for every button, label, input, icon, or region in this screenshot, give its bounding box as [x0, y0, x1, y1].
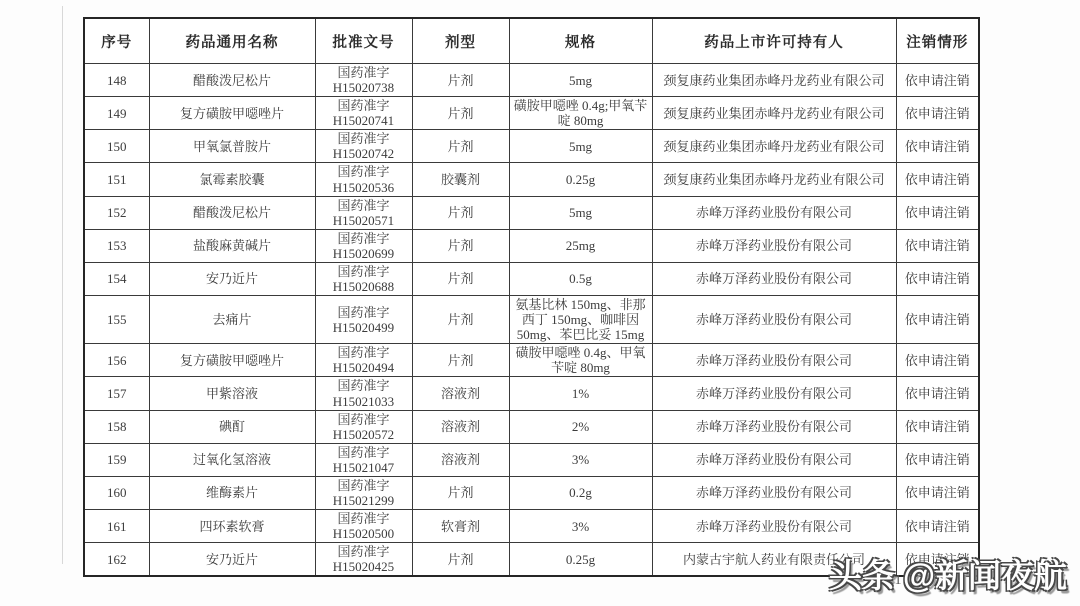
cell-holder: 颈复康药业集团赤峰丹龙药业有限公司: [652, 130, 896, 163]
table-row: 150甲氧氯普胺片国药准字H15020742片剂5mg颈复康药业集团赤峰丹龙药业…: [84, 130, 979, 163]
cell-approval-number: 国药准字H15021299: [315, 476, 412, 509]
cell-dosage-form: 片剂: [412, 196, 509, 229]
cell-approval-number: 国药准字H15021047: [315, 443, 412, 476]
drug-cancellation-table: 序号 药品通用名称 批准文号 剂型 规格 药品上市许可持有人 注销情形 148醋…: [83, 17, 980, 577]
watermark-handle: @新闻夜航: [903, 557, 1067, 594]
cell-serial-number: 161: [84, 510, 149, 543]
cell-holder: 颈复康药业集团赤峰丹龙药业有限公司: [652, 64, 896, 97]
cell-drug-name: 去痛片: [149, 296, 315, 344]
cell-holder: 赤峰万泽药业股份有限公司: [652, 510, 896, 543]
cell-spec: 5mg: [509, 64, 652, 97]
cell-spec: 磺胺甲噁唑 0.4g;甲氧苄啶 80mg: [509, 97, 652, 130]
cell-drug-name: 安乃近片: [149, 262, 315, 295]
table-row: 159过氧化氢溶液国药准字H15021047溶液剂3%赤峰万泽药业股份有限公司依…: [84, 443, 979, 476]
approval-prefix: 国药准字: [319, 345, 409, 360]
approval-prefix: 国药准字: [319, 511, 409, 526]
cell-status: 依申请注销: [896, 64, 979, 97]
cell-approval-number: 国药准字H15020699: [315, 229, 412, 262]
cell-spec: 3%: [509, 510, 652, 543]
approval-prefix: 国药准字: [319, 65, 409, 80]
cell-dosage-form: 溶液剂: [412, 410, 509, 443]
cell-approval-number: 国药准字H15020536: [315, 163, 412, 196]
cell-drug-name: 盐酸麻黄碱片: [149, 229, 315, 262]
column-header-name: 药品通用名称: [149, 18, 315, 64]
approval-code: H15020500: [319, 526, 409, 541]
cell-dosage-form: 片剂: [412, 543, 509, 577]
cell-dosage-form: 片剂: [412, 130, 509, 163]
table-row: 151氯霉素胶囊国药准字H15020536胶囊剂0.25g颈复康药业集团赤峰丹龙…: [84, 163, 979, 196]
cell-serial-number: 157: [84, 377, 149, 410]
approval-prefix: 国药准字: [319, 544, 409, 559]
table-row: 152醋酸泼尼松片国药准字H15020571片剂5mg赤峰万泽药业股份有限公司依…: [84, 196, 979, 229]
cell-dosage-form: 软膏剂: [412, 510, 509, 543]
cell-approval-number: 国药准字H15020494: [315, 344, 412, 377]
cell-approval-number: 国药准字H15020571: [315, 196, 412, 229]
cell-holder: 赤峰万泽药业股份有限公司: [652, 196, 896, 229]
cell-dosage-form: 片剂: [412, 476, 509, 509]
cell-spec: 0.2g: [509, 476, 652, 509]
cell-serial-number: 152: [84, 196, 149, 229]
cell-dosage-form: 片剂: [412, 229, 509, 262]
cell-spec: 3%: [509, 443, 652, 476]
cell-holder: 赤峰万泽药业股份有限公司: [652, 377, 896, 410]
cell-dosage-form: 片剂: [412, 262, 509, 295]
cell-approval-number: 国药准字H15020500: [315, 510, 412, 543]
cell-spec: 0.25g: [509, 543, 652, 577]
column-header-holder: 药品上市许可持有人: [652, 18, 896, 64]
approval-prefix: 国药准字: [319, 378, 409, 393]
approval-prefix: 国药准字: [319, 98, 409, 113]
cell-drug-name: 醋酸泼尼松片: [149, 196, 315, 229]
cell-spec: 氨基比林 150mg、非那西丁 150mg、咖啡因 50mg、苯巴比妥 15mg: [509, 296, 652, 344]
approval-code: H15020738: [319, 80, 409, 95]
cell-holder: 颈复康药业集团赤峰丹龙药业有限公司: [652, 163, 896, 196]
cell-dosage-form: 片剂: [412, 97, 509, 130]
cell-status: 依申请注销: [896, 163, 979, 196]
cell-serial-number: 150: [84, 130, 149, 163]
approval-code: H15020699: [319, 246, 409, 261]
cell-serial-number: 159: [84, 443, 149, 476]
cell-holder: 赤峰万泽药业股份有限公司: [652, 476, 896, 509]
approval-code: H15020742: [319, 146, 409, 161]
table-row: 157甲紫溶液国药准字H15021033溶液剂1%赤峰万泽药业股份有限公司依申请…: [84, 377, 979, 410]
table-row: 148醋酸泼尼松片国药准字H15020738片剂5mg颈复康药业集团赤峰丹龙药业…: [84, 64, 979, 97]
cell-serial-number: 158: [84, 410, 149, 443]
column-header-form: 剂型: [412, 18, 509, 64]
approval-code: H15020741: [319, 113, 409, 128]
cell-holder: 赤峰万泽药业股份有限公司: [652, 344, 896, 377]
cell-status: 依申请注销: [896, 296, 979, 344]
cell-drug-name: 碘酊: [149, 410, 315, 443]
table-row: 160维酶素片国药准字H15021299片剂0.2g赤峰万泽药业股份有限公司依申…: [84, 476, 979, 509]
scan-artifact-line: [62, 6, 63, 564]
cell-spec: 25mg: [509, 229, 652, 262]
cell-status: 依申请注销: [896, 97, 979, 130]
approval-code: H15020688: [319, 279, 409, 294]
approval-prefix: 国药准字: [319, 412, 409, 427]
cell-serial-number: 149: [84, 97, 149, 130]
approval-prefix: 国药准字: [319, 445, 409, 460]
cell-serial-number: 148: [84, 64, 149, 97]
cell-approval-number: 国药准字H15020425: [315, 543, 412, 577]
cell-spec: 2%: [509, 410, 652, 443]
approval-code: H15020572: [319, 427, 409, 442]
cell-drug-name: 醋酸泼尼松片: [149, 64, 315, 97]
cell-serial-number: 160: [84, 476, 149, 509]
watermark-brand: 头条: [829, 557, 895, 594]
cell-status: 依申请注销: [896, 196, 979, 229]
cell-drug-name: 甲氧氯普胺片: [149, 130, 315, 163]
cell-status: 依申请注销: [896, 377, 979, 410]
cell-spec: 0.25g: [509, 163, 652, 196]
table-header-row: 序号 药品通用名称 批准文号 剂型 规格 药品上市许可持有人 注销情形: [84, 18, 979, 64]
approval-prefix: 国药准字: [319, 231, 409, 246]
cell-holder: 赤峰万泽药业股份有限公司: [652, 443, 896, 476]
cell-spec: 5mg: [509, 130, 652, 163]
cell-status: 依申请注销: [896, 510, 979, 543]
cell-spec: 0.5g: [509, 262, 652, 295]
cell-serial-number: 162: [84, 543, 149, 577]
cell-holder: 赤峰万泽药业股份有限公司: [652, 410, 896, 443]
cell-drug-name: 四环素软膏: [149, 510, 315, 543]
cell-holder: 赤峰万泽药业股份有限公司: [652, 296, 896, 344]
table-row: 155去痛片国药准字H15020499片剂氨基比林 150mg、非那西丁 150…: [84, 296, 979, 344]
cell-dosage-form: 溶液剂: [412, 377, 509, 410]
approval-code: H15021047: [319, 460, 409, 475]
cell-status: 依申请注销: [896, 262, 979, 295]
cell-status: 依申请注销: [896, 476, 979, 509]
cell-drug-name: 复方磺胺甲噁唑片: [149, 97, 315, 130]
cell-approval-number: 国药准字H15021033: [315, 377, 412, 410]
approval-code: H15021299: [319, 493, 409, 508]
table-row: 149复方磺胺甲噁唑片国药准字H15020741片剂磺胺甲噁唑 0.4g;甲氧苄…: [84, 97, 979, 130]
cell-spec: 磺胺甲噁唑 0.4g、甲氧苄啶 80mg: [509, 344, 652, 377]
cell-approval-number: 国药准字H15020499: [315, 296, 412, 344]
cell-spec: 1%: [509, 377, 652, 410]
cell-status: 依申请注销: [896, 344, 979, 377]
cell-drug-name: 维酶素片: [149, 476, 315, 509]
cell-status: 依申请注销: [896, 443, 979, 476]
approval-code: H15020494: [319, 360, 409, 375]
cell-approval-number: 国药准字H15020572: [315, 410, 412, 443]
cell-dosage-form: 溶液剂: [412, 443, 509, 476]
cell-dosage-form: 片剂: [412, 344, 509, 377]
approval-prefix: 国药准字: [319, 164, 409, 179]
approval-code: H15020425: [319, 559, 409, 574]
cell-dosage-form: 胶囊剂: [412, 163, 509, 196]
approval-code: H15020571: [319, 213, 409, 228]
approval-prefix: 国药准字: [319, 478, 409, 493]
cell-drug-name: 安乃近片: [149, 543, 315, 577]
table-row: 158碘酊国药准字H15020572溶液剂2%赤峰万泽药业股份有限公司依申请注销: [84, 410, 979, 443]
table-row: 161四环素软膏国药准字H15020500软膏剂3%赤峰万泽药业股份有限公司依申…: [84, 510, 979, 543]
cell-approval-number: 国药准字H15020742: [315, 130, 412, 163]
approval-code: H15021033: [319, 394, 409, 409]
cell-serial-number: 153: [84, 229, 149, 262]
column-header-spec: 规格: [509, 18, 652, 64]
cell-drug-name: 甲紫溶液: [149, 377, 315, 410]
cell-serial-number: 155: [84, 296, 149, 344]
cell-drug-name: 氯霉素胶囊: [149, 163, 315, 196]
watermark-toutiao: 头条@新闻夜航: [829, 550, 1067, 597]
cell-drug-name: 过氧化氢溶液: [149, 443, 315, 476]
cell-dosage-form: 片剂: [412, 64, 509, 97]
cell-serial-number: 156: [84, 344, 149, 377]
approval-code: H15020536: [319, 180, 409, 195]
approval-prefix: 国药准字: [319, 198, 409, 213]
table-row: 154安乃近片国药准字H15020688片剂0.5g赤峰万泽药业股份有限公司依申…: [84, 262, 979, 295]
table-row: 156复方磺胺甲噁唑片国药准字H15020494片剂磺胺甲噁唑 0.4g、甲氧苄…: [84, 344, 979, 377]
approval-prefix: 国药准字: [319, 131, 409, 146]
cell-holder: 赤峰万泽药业股份有限公司: [652, 262, 896, 295]
cell-spec: 5mg: [509, 196, 652, 229]
cell-approval-number: 国药准字H15020688: [315, 262, 412, 295]
approval-prefix: 国药准字: [319, 305, 409, 320]
approval-prefix: 国药准字: [319, 264, 409, 279]
cell-status: 依申请注销: [896, 130, 979, 163]
table-row: 153盐酸麻黄碱片国药准字H15020699片剂25mg赤峰万泽药业股份有限公司…: [84, 229, 979, 262]
column-header-status: 注销情形: [896, 18, 979, 64]
cell-status: 依申请注销: [896, 229, 979, 262]
column-header-serial: 序号: [84, 18, 149, 64]
cell-drug-name: 复方磺胺甲噁唑片: [149, 344, 315, 377]
column-header-approval: 批准文号: [315, 18, 412, 64]
cell-approval-number: 国药准字H15020738: [315, 64, 412, 97]
cell-serial-number: 154: [84, 262, 149, 295]
approval-code: H15020499: [319, 320, 409, 335]
cell-dosage-form: 片剂: [412, 296, 509, 344]
cell-approval-number: 国药准字H15020741: [315, 97, 412, 130]
cell-holder: 颈复康药业集团赤峰丹龙药业有限公司: [652, 97, 896, 130]
cell-serial-number: 151: [84, 163, 149, 196]
cell-status: 依申请注销: [896, 410, 979, 443]
cell-holder: 赤峰万泽药业股份有限公司: [652, 229, 896, 262]
